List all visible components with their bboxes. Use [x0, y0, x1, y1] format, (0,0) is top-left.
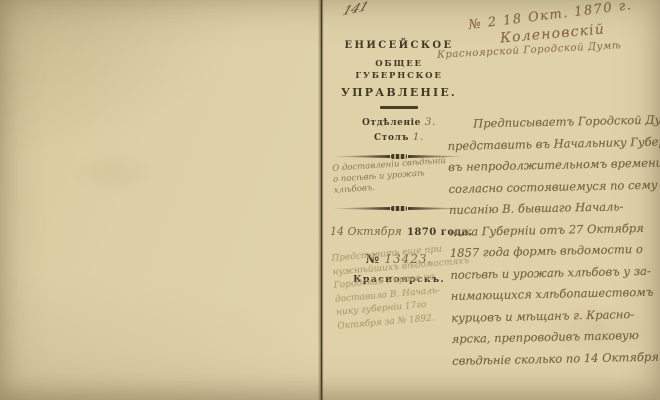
department-number-handwritten: 3.	[425, 116, 436, 128]
letterhead-org-line2: ОБЩЕЕ ГУБЕРНСКОЕ	[330, 58, 468, 82]
date-line: 14 Октября 1870 года.	[330, 220, 468, 239]
blank-verso-page	[0, 0, 321, 400]
letterhead-rule	[380, 106, 418, 109]
handwritten-letter-body: Предписываетъ Городской Думѣ представить…	[447, 109, 660, 372]
divider-swell-left	[332, 155, 390, 158]
date-day-month-handwritten: 14 Октября	[330, 225, 402, 238]
desk-label: Столъ	[374, 133, 409, 143]
divider-swell-left	[332, 207, 390, 210]
letterhead-org-line3: УПРАВЛЕНІЕ.	[330, 86, 468, 99]
desk-number-handwritten: 1.	[413, 131, 424, 143]
divider-center-ornament	[391, 206, 407, 211]
department-label: Отдѣленіе	[362, 118, 421, 128]
archival-document-scan: 141 ЕНИСЕЙСКОЕ ОБЩЕЕ ГУБЕРНСКОЕ УПРАВЛЕН…	[0, 0, 660, 400]
body-line: свѣдѣніе сколько по 14 Октября	[452, 346, 660, 372]
ornamental-divider-bottom	[332, 206, 466, 212]
body-line: согласно состоявшемуся по сему пред-	[448, 174, 660, 200]
